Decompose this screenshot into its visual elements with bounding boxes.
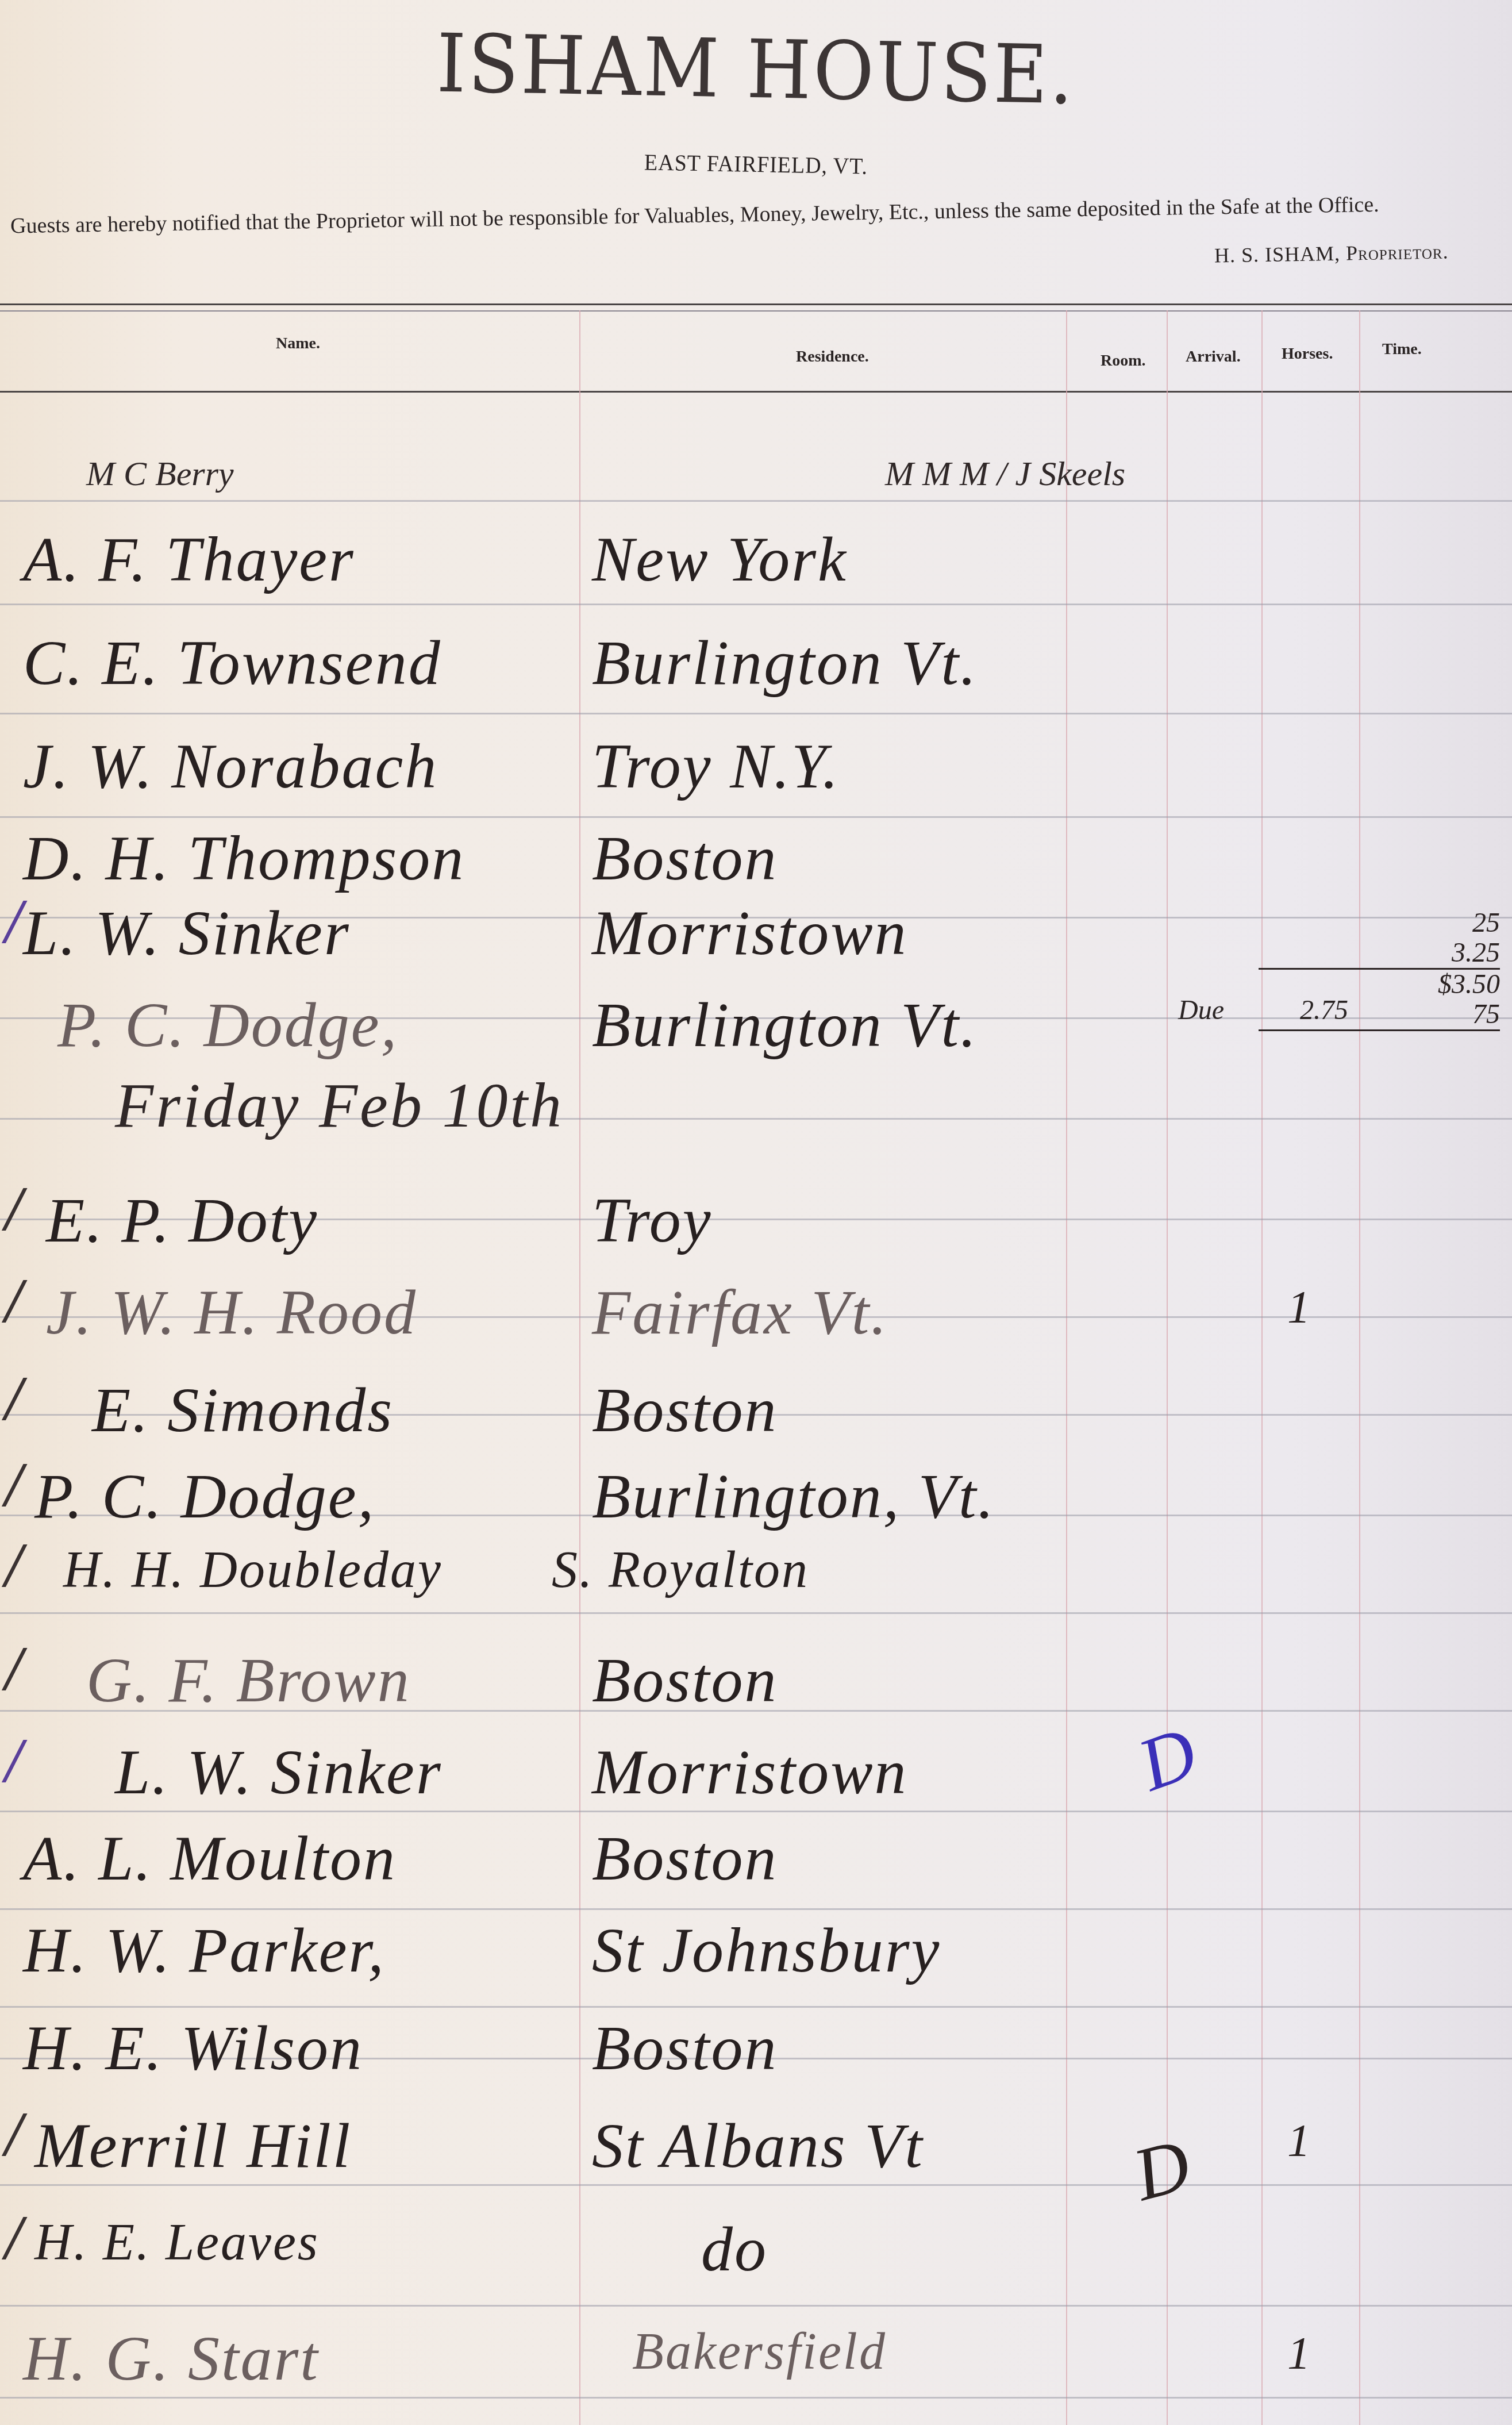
column-header-room: Room. bbox=[1101, 352, 1146, 370]
guest-name: H. H. Doubleday bbox=[63, 1540, 443, 1600]
guest-residence: Burlington Vt. bbox=[592, 989, 978, 1062]
column-header-arrival: Arrival. bbox=[1186, 348, 1241, 366]
check-mark-icon: / bbox=[6, 891, 23, 951]
guest-residence: Boston bbox=[592, 2012, 778, 2085]
horses-count: 1 bbox=[1287, 2115, 1310, 2167]
register-entry: / E. Simonds Boston bbox=[0, 1356, 1512, 1454]
register-page: ISHAM HOUSE. EAST FAIRFIELD, VT. Guests … bbox=[0, 0, 1512, 2425]
guest-name: C. E. Townsend bbox=[23, 627, 442, 700]
top-note-left: M C Berry bbox=[86, 454, 234, 494]
horses-count: 1 bbox=[1287, 1282, 1310, 1334]
amount-due: Due 2.75 bbox=[1178, 994, 1348, 1026]
check-mark-icon: / bbox=[6, 1535, 23, 1595]
register-entry: / H. H. Doubleday S. Royalton bbox=[0, 1523, 1512, 1621]
guest-residence: Morristown bbox=[592, 1736, 908, 1809]
check-mark-icon: / bbox=[6, 1638, 23, 1698]
safe-notice: Guests are hereby notified that the Prop… bbox=[10, 190, 1499, 240]
guest-name: P. C. Dodge, bbox=[57, 989, 398, 1062]
check-mark-icon: / bbox=[6, 1178, 23, 1239]
register-entry: A. L. Moulton Boston bbox=[0, 1805, 1512, 1903]
column-header-horses: Horses. bbox=[1282, 345, 1333, 363]
check-mark-icon: / bbox=[6, 1454, 23, 1515]
guest-name: A. L. Moulton bbox=[23, 1822, 397, 1895]
guest-name: A. F. Thayer bbox=[23, 523, 355, 596]
guest-residence: Troy bbox=[592, 1184, 713, 1257]
header-rule-top bbox=[0, 303, 1512, 305]
guest-name: H. E. Leaves bbox=[34, 2213, 320, 2272]
guest-residence: Fairfax Vt. bbox=[592, 1276, 888, 1349]
column-header-time: Time. bbox=[1382, 340, 1422, 359]
register-entry: / L. W. Sinker Morristown bbox=[0, 1719, 1512, 1816]
guest-residence: St Albans Vt bbox=[592, 2109, 924, 2182]
top-note-right: M M M / J Skeels bbox=[885, 454, 1125, 494]
guest-residence: Morristown bbox=[592, 897, 908, 970]
guest-name: E. P. Doty bbox=[46, 1184, 318, 1257]
register-entry: / H. E. Leaves do bbox=[0, 2196, 1512, 2293]
guest-name: G. F. Brown bbox=[86, 1644, 411, 1717]
guest-name: J. W. Norabach bbox=[23, 730, 438, 803]
register-entry: / Merrill Hill St Albans Vt 1 bbox=[0, 2092, 1512, 2190]
ledger-line bbox=[0, 604, 1512, 605]
proprietor-signature: H. S. ISHAM, Proprietor. bbox=[1214, 239, 1449, 267]
due-amount: 2.75 bbox=[1300, 995, 1348, 1025]
hotel-title: ISHAM HOUSE. bbox=[60, 10, 1452, 130]
guest-residence: New York bbox=[592, 523, 848, 596]
guest-residence: Boston bbox=[592, 1822, 778, 1895]
header-rule-bottom bbox=[0, 391, 1512, 393]
guest-name: Merrill Hill bbox=[34, 2109, 352, 2182]
register-entry: J. W. Norabach Troy N.Y. bbox=[0, 713, 1512, 810]
guest-name: L. W. Sinker bbox=[23, 897, 351, 970]
guest-name: L. W. Sinker bbox=[115, 1736, 443, 1809]
guest-name: J. W. H. Rood bbox=[46, 1276, 417, 1349]
column-header-residence: Residence. bbox=[796, 348, 869, 366]
guest-residence: do bbox=[701, 2213, 768, 2286]
check-mark-icon: / bbox=[6, 1368, 23, 1428]
date-header: Friday Feb 10th bbox=[115, 1069, 564, 1142]
guest-name: H. G. Start bbox=[23, 2322, 320, 2395]
guest-residence: Boston bbox=[592, 1644, 778, 1717]
guest-residence: Troy N.Y. bbox=[592, 730, 840, 803]
check-mark-icon: / bbox=[6, 1730, 23, 1790]
header-rule-top-2 bbox=[0, 310, 1512, 312]
guest-residence: S. Royalton bbox=[552, 1540, 809, 1600]
register-entry: H. E. Wilson Boston bbox=[0, 1994, 1512, 2092]
horses-count: 1 bbox=[1287, 2328, 1310, 2380]
guest-name: H. W. Parker, bbox=[23, 1914, 386, 1987]
register-entry: / E. P. Doty Troy bbox=[0, 1167, 1512, 1265]
guest-residence: Bakersfield bbox=[632, 2322, 887, 2381]
check-mark-icon: / bbox=[6, 1270, 23, 1331]
due-label: Due bbox=[1178, 995, 1224, 1025]
register-entry: C. E. Townsend Burlington Vt. bbox=[0, 609, 1512, 707]
check-mark-icon: / bbox=[6, 2104, 23, 2164]
guest-residence: Boston bbox=[592, 1374, 778, 1447]
guest-residence: Burlington Vt. bbox=[592, 627, 978, 700]
tally-line: 25 bbox=[1259, 908, 1500, 938]
ledger-line bbox=[0, 500, 1512, 502]
tally-line: 3.25 bbox=[1259, 938, 1500, 970]
guest-residence: Burlington, Vt. bbox=[592, 1460, 995, 1533]
register-entry: H. W. Parker, St Johnsbury bbox=[0, 1897, 1512, 1994]
check-mark-icon: / bbox=[6, 2207, 23, 2268]
register-entry: H. G. Start Bakersfield 1 bbox=[0, 2305, 1512, 2403]
guest-residence: St Johnsbury bbox=[592, 1914, 941, 1987]
column-header-name: Name. bbox=[276, 335, 320, 353]
hotel-location: EAST FAIRFIELD, VT. bbox=[38, 137, 1475, 191]
guest-name: P. C. Dodge, bbox=[34, 1460, 375, 1533]
register-entry: / G. F. Brown Boston bbox=[0, 1627, 1512, 1724]
register-entry: A. F. Thayer New York bbox=[0, 506, 1512, 604]
guest-name: E. Simonds bbox=[92, 1374, 394, 1447]
guest-name: H. E. Wilson bbox=[23, 2012, 363, 2085]
register-entry: / J. W. H. Rood Fairfax Vt. 1 bbox=[0, 1259, 1512, 1356]
